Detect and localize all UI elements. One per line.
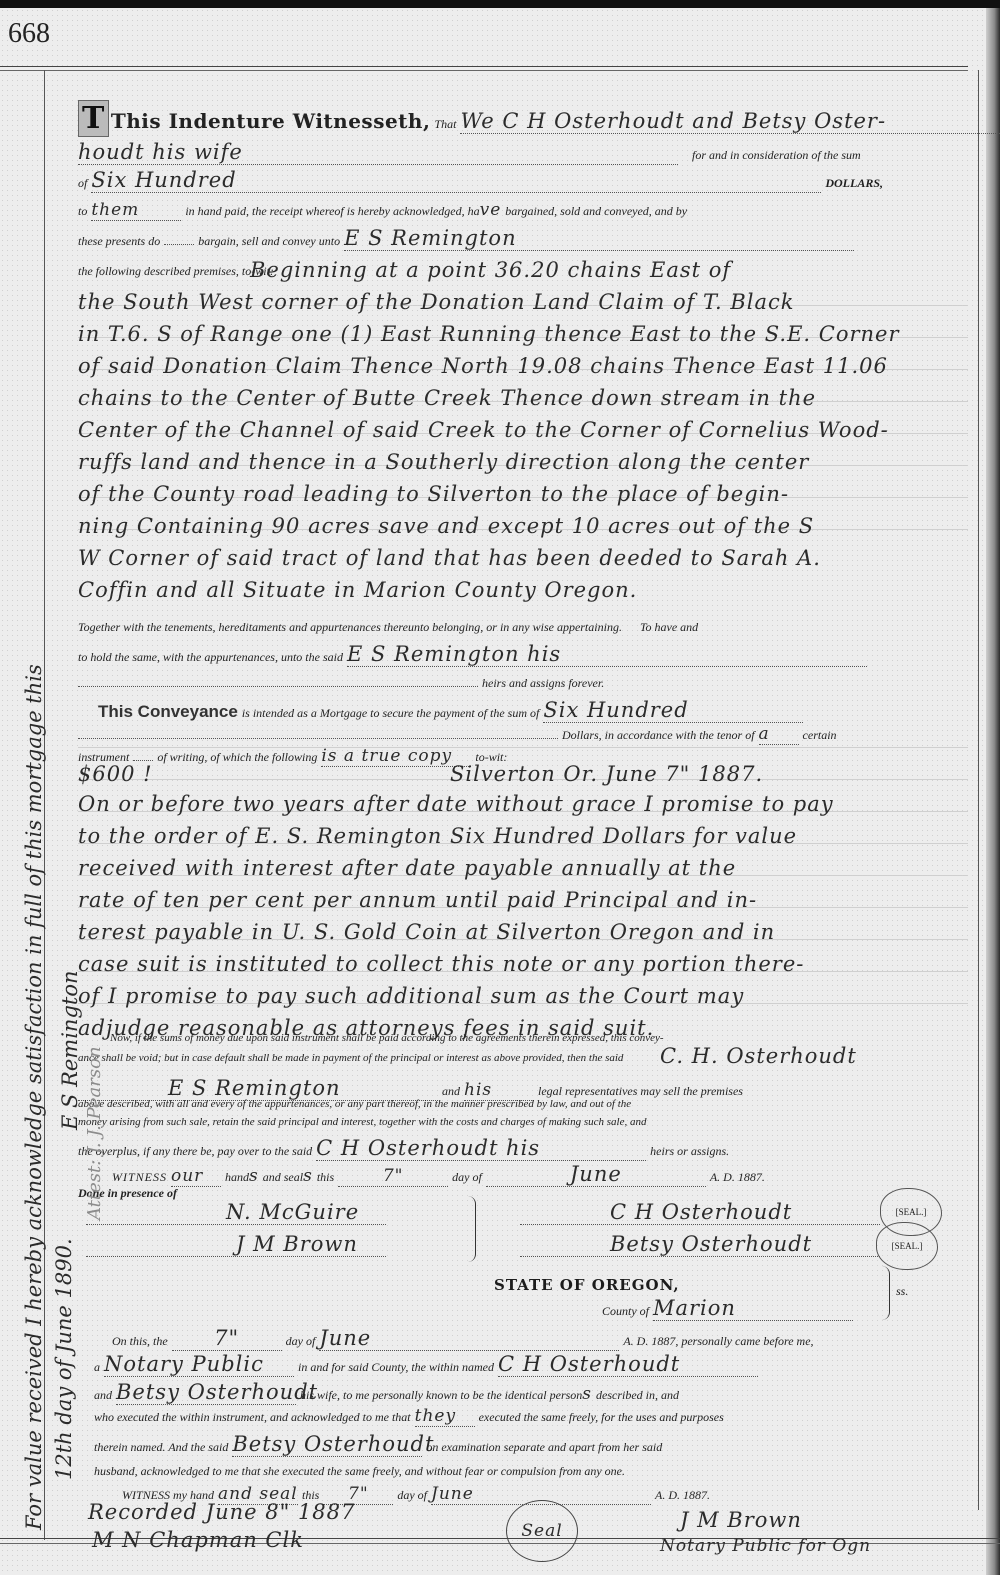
day-of-label: day of [397,1488,427,1502]
grantors-line-1: We C H Osterhoudt and Betsy Oster- [460,109,1000,134]
description-line: Coffin and all Situate in Marion County … [78,578,968,602]
ornate-dropcap-icon: T [78,100,109,137]
legal-text: legal representatives may sell the premi… [538,1084,743,1098]
they-fill: they [415,1406,475,1427]
executed-text: who executed the within instrument, and … [94,1410,411,1424]
margin-satisfaction-line-2: 12th day of June 1890. [52,1238,76,1480]
description-line: W Corner of said tract of land that has … [78,546,968,570]
county-text: in and for said County, the within named [298,1360,494,1374]
dollars-text: Dollars, in accordance with the tenor of [562,728,755,742]
margin-satisfaction-line-1: For value received I hereby acknowledge … [22,664,46,1530]
overplus-text: the overplus, if any there be, pay over … [78,1144,312,1158]
ack-day-fill: 7" [172,1326,282,1351]
ss-label: ss. [896,1284,936,1299]
state-heading: STATE OF OREGON, [494,1276,794,1294]
note-line: terest payable in U. S. Gold Coin at Sil… [78,920,968,944]
habendum-line-1: Together with the tenements, hereditamen… [78,618,968,636]
notary-title: Notary Public for Ogn [660,1536,960,1556]
grantors-line-2: houdt his wife [78,140,678,165]
note-line: rate of ten per cent per annum until pai… [78,888,968,912]
description-line: in T.6. S of Range one (1) East Running … [78,322,968,346]
our-fill: our [171,1166,221,1187]
convey-text: bargain, sell and convey unto [198,234,340,248]
mortgagor-fill: C H Osterhoudt his [316,1136,646,1161]
description-line: ruffs land and thence in a Southerly dir… [78,450,968,474]
description-line: of the County road leading to Silverton … [78,482,968,506]
of-label: of [78,176,87,190]
signer-name: Betsy Osterhoudt [520,1232,880,1257]
note-place-date: Silverton Or. June 7" 1887. [450,762,970,786]
name1-fill: C H Osterhoudt [498,1352,758,1377]
recorded-date: Recorded June 8" 1887 [88,1500,388,1524]
county-fill: Marion [653,1296,853,1321]
wife-fill: Betsy Osterhoudt [232,1432,422,1457]
to-label: to [78,204,87,218]
defeasance-line-4: above described, with all and every of t… [78,1098,968,1110]
description-line: Beginning at a point 36.20 chains East o… [250,258,970,282]
signer-signature-2: Betsy Osterhoudt [520,1232,880,1257]
ack-line-2: a Notary Public in and for said County, … [94,1352,984,1377]
and-label: and [442,1084,460,1098]
day-of-label: day of [286,1334,316,1348]
blank-fill [78,738,558,739]
frame-top-rule [0,66,968,71]
blank-fill [133,760,153,761]
note-line: of I promise to pay such additional sum … [78,984,968,1008]
therein-text: therein named. And the said [94,1440,228,1454]
conveyance-text: is intended as a Mortgage to secure the … [242,706,540,720]
notary-signature: J M Brown [680,1508,940,1532]
signer-name: C H Osterhoudt [520,1200,880,1225]
and-label: and [94,1388,112,1402]
day-fill: 7" [338,1166,448,1187]
indenture-title-text: This Indenture Witnesseth, [111,109,431,133]
paid-to: them [91,200,181,221]
wife-text: his wife, to me personally known to be t… [300,1388,582,1402]
indenture-line-3: of Six Hundred DOLLARS, [78,168,968,193]
hands-fill: s [249,1166,259,1186]
note-line: to the order of E. S. Remington Six Hund… [78,824,968,848]
receipt-text-end: bargained, sold and conveyed, and by [505,204,687,218]
described-text: described in, and [596,1388,679,1402]
defeasance-line-6: the overplus, if any there be, pay over … [78,1136,968,1161]
signer-signature-1: C H Osterhoudt [520,1200,880,1225]
habendum-line-2: to hold the same, with the appurtenances… [78,642,968,667]
grantee-fill: E S Remington his [347,642,867,667]
consideration-label: for and in consideration of the sum [692,148,861,162]
indenture-line-2: houdt his wife for and in consideration … [78,140,968,165]
witness-signature-2: J M Brown [86,1232,386,1257]
description-line: chains to the Center of Butte Creek Then… [78,386,968,410]
article-fill: a [759,724,799,745]
witness-brace [466,1196,476,1262]
conveyance-line-2: Dollars, in accordance with the tenor of… [78,724,968,745]
premises-label: the following described premises, to-wit… [78,264,274,278]
hold-text: to hold the same, with the appurtenances… [78,650,343,664]
a-label: a [94,1360,100,1374]
defeasance-line-5: money arising from such sale, retain the… [78,1116,968,1128]
seal-label: [SEAL.] [896,1207,927,1217]
have-fill: ve [480,200,502,220]
description-line: of said Donation Claim Thence North 19.0… [78,354,968,378]
name2-fill: Betsy Osterhoudt [116,1380,296,1405]
note-line: On or before two years after date withou… [78,792,968,816]
county-line: County of Marion [602,1296,902,1321]
witness-name: N. McGuire [86,1200,386,1225]
persons-fill: s [582,1384,592,1404]
ack-month-fill: June [319,1326,619,1351]
hands-text: hand [225,1170,249,1184]
description-line: ning Containing 90 acres save and except… [78,514,968,538]
conveyance-line-1: This Conveyance is intended as a Mortgag… [78,698,968,723]
defeasance-line-2: ance shall be void; but in case default … [78,1052,968,1064]
heirs-text: heirs and assigns forever. [482,676,604,690]
this-text: this [317,1170,334,1184]
ack-line-3: and Betsy Osterhoudt his wife, to me per… [94,1380,984,1405]
blank-fill [164,244,194,245]
on-this-label: On this, the [112,1334,168,1348]
note-line: case suit is instituted to collect this … [78,952,968,976]
description-line: Center of the Channel of said Creek to t… [78,418,968,442]
that-label: That [434,117,456,131]
description-line: the South West corner of the Donation La… [78,290,968,314]
heirs-assigns-text: heirs or assigns. [650,1144,729,1158]
scan-top-border [0,0,1000,8]
frame-right-rule [978,70,979,1510]
witness-line: WITNESS our hands and seals this 7" day … [112,1162,1000,1187]
officer-fill: Notary Public [104,1352,294,1377]
year-text: A. D. 1887. [710,1170,765,1184]
margin-attest: Attest: J. J. Pearson [84,1046,105,1220]
indenture-line-5: these presents do bargain, sell and conv… [78,226,968,251]
blank-fill [78,686,478,687]
certain-text: certain [803,728,837,742]
ack-line-4: who executed the within instrument, and … [94,1406,984,1427]
seal-label: [SEAL.] [892,1241,923,1251]
seals-text: and seal [263,1170,303,1184]
receipt-text: in hand paid, the receipt whereof is her… [185,204,479,218]
margin-satisfied-by: E S Remington [58,970,82,1130]
witness-label: WITNESS [112,1170,167,1184]
ack-line-5: therein named. And the said Betsy Osterh… [94,1432,984,1457]
together-text: Together with the tenements, hereditamen… [78,620,622,634]
sum-words: Six Hundred [91,168,821,193]
notary-seal-icon: Seal [506,1500,578,1562]
done-in-presence-label: Done in presence of [78,1186,968,1201]
day-of-label: day of [452,1170,482,1184]
presents-text: these presents do [78,234,160,248]
ack-wyear: A. D. 1887. [655,1488,710,1502]
defeasance-line-1: Now, if the sums of money due upon said … [110,1032,970,1044]
county-label: County of [602,1304,649,1318]
exam-text: on examination separate and apart from h… [426,1440,662,1454]
page-number: 668 [8,18,50,50]
seal-icon: [SEAL.] [876,1222,938,1270]
to-have-text: To have and [640,620,698,634]
conveyance-heading: This Conveyance [98,702,238,721]
dollars-label: DOLLARS, [825,176,883,190]
grantee-name: E S Remington [344,226,854,251]
witness-signature-1: N. McGuire [86,1200,386,1225]
ack-line-1: On this, the 7" day of June A. D. 1887, … [112,1326,1000,1351]
notary-seal-label: Seal [521,1521,562,1541]
indenture-title: TThis Indenture Witnesseth, [78,109,430,133]
freely-text: executed the same freely, for the uses a… [479,1410,724,1424]
indenture-line-4: to them in hand paid, the receipt whereo… [78,200,968,221]
seals-fill: s [303,1166,313,1186]
month-fill: June [486,1162,706,1187]
indenture-line-1: TThis Indenture Witnesseth, That We C H … [78,100,968,137]
note-line: received with interest after date payabl… [78,856,968,880]
sum-fill: Six Hundred [543,698,803,723]
habendum-line-3: heirs and assigns forever. [78,674,968,692]
ack-line-6: husband, acknowledged to me that she exe… [94,1464,984,1479]
ack-year-text: A. D. 1887, personally came before me, [623,1334,813,1348]
clerk-signature: M N Chapman Clk [92,1528,392,1552]
witness-name: J M Brown [86,1232,386,1257]
